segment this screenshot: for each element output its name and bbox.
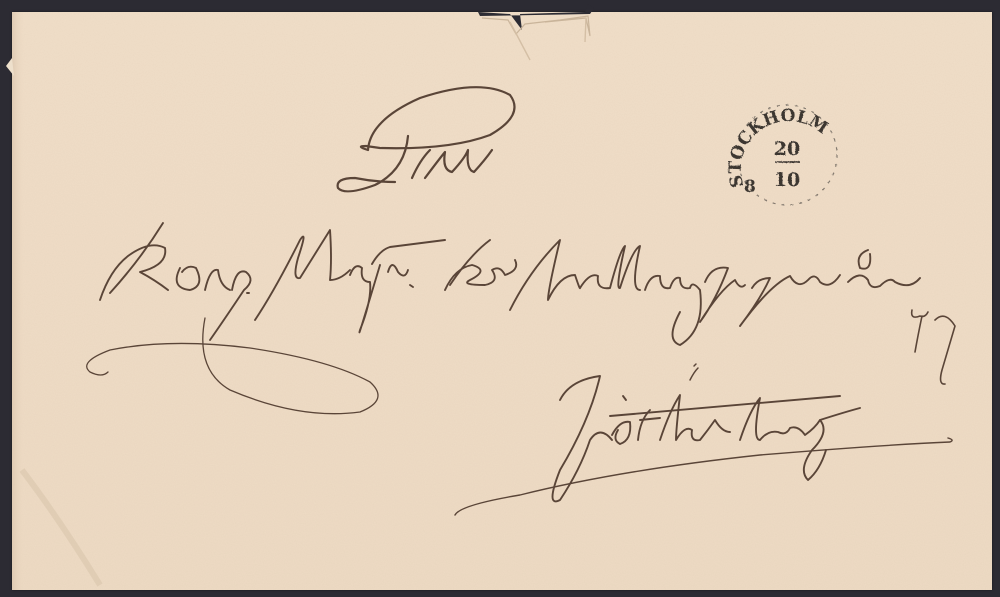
postmark-day: 20: [774, 138, 800, 160]
paper-texture: [12, 12, 992, 590]
postmark-year: 8: [744, 177, 756, 197]
left-fold: [12, 12, 26, 590]
postmark-month: 10: [774, 169, 800, 191]
photo-scene: STOCKHOLM 20 10 8: [0, 0, 1000, 597]
envelope-details: STOCKHOLM 20 10 8: [0, 0, 1000, 597]
